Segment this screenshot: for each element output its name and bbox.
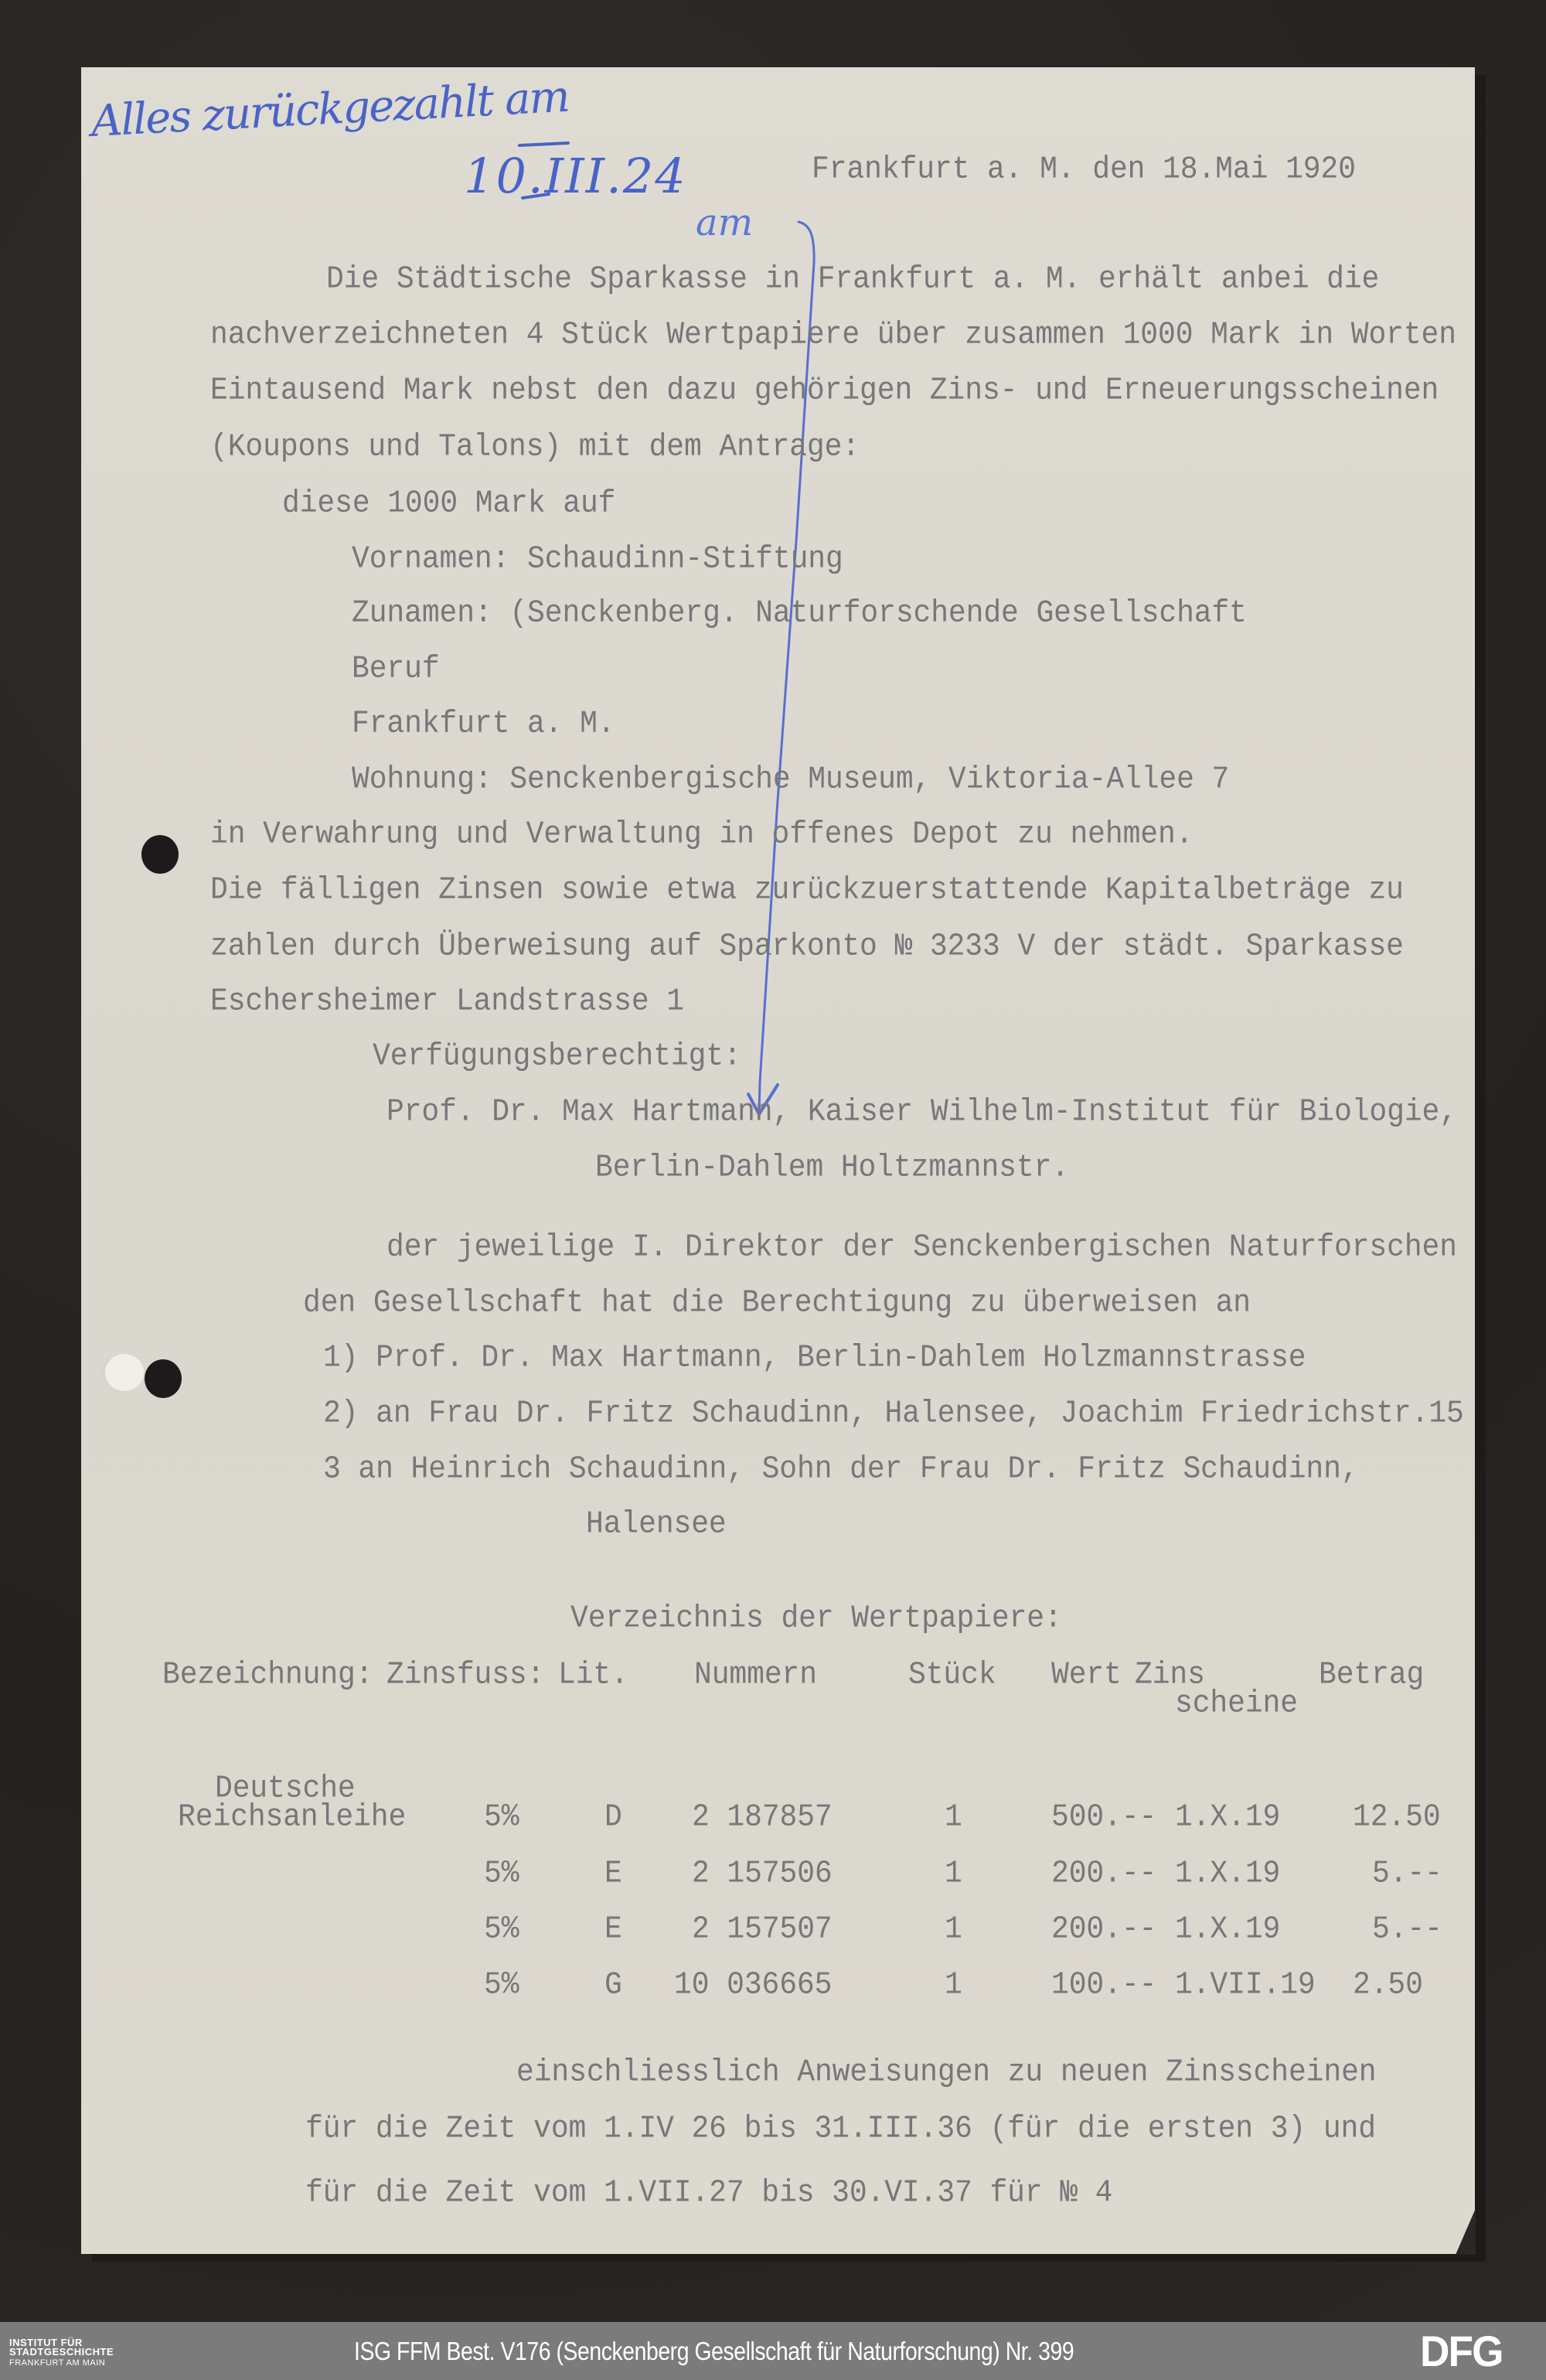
cell-zinsscheine: 1.VII.19 bbox=[1175, 1967, 1316, 2004]
header-nummern: Nummern bbox=[694, 1657, 817, 1694]
beneficiary-2: 2) an Frau Dr. Fritz Schaudinn, Halensee… bbox=[323, 1396, 1464, 1433]
cell-zinsfuss: 5% bbox=[484, 1856, 519, 1893]
director-line-2: den Gesellschaft hat die Berechtigung zu… bbox=[303, 1285, 1251, 1322]
interest-line-3: Eschersheimer Landstrasse 1 bbox=[210, 984, 684, 1021]
hole-reinforcement-ring bbox=[105, 1354, 144, 1391]
depot-line: in Verwahrung und Verwaltung in offenes … bbox=[210, 817, 1193, 854]
cell-lit: E bbox=[604, 1856, 622, 1893]
dfg-logo-icon: DFG bbox=[1420, 2330, 1503, 2373]
handwritten-note-am: am bbox=[696, 199, 753, 246]
account-ort: Frankfurt a. M. bbox=[352, 706, 615, 743]
institute-logo: INSTITUT FÜR STADTGESCHICHTE FRANKFURT A… bbox=[9, 2338, 114, 2368]
interest-line-1: Die fälligen Zinsen sowie etwa zurückzue… bbox=[210, 872, 1404, 909]
intro-line-2: nachverzeichneten 4 Stück Wertpapiere üb… bbox=[210, 317, 1456, 354]
cell-stueck: 1 bbox=[945, 1799, 962, 1836]
account-wohnung: Wohnung: Senckenbergische Museum, Viktor… bbox=[352, 762, 1229, 799]
header-bezeichnung: Bezeichnung: bbox=[162, 1657, 373, 1694]
authorized-person: Prof. Dr. Max Hartmann, Kaiser Wilhelm-I… bbox=[386, 1094, 1457, 1131]
cell-betrag: 5.-- bbox=[1372, 1911, 1442, 1949]
cell-wert: 200.-- bbox=[1051, 1856, 1156, 1893]
header-wert: Wert bbox=[1051, 1657, 1122, 1694]
cell-nummern: 10 036665 bbox=[674, 1967, 832, 2004]
account-beruf: Beruf bbox=[352, 651, 440, 688]
intro-line-3: Eintausend Mark nebst den dazu gehörigen… bbox=[210, 373, 1439, 410]
archive-caption: ISG FFM Best. V176 (Senckenberg Gesellsc… bbox=[354, 2337, 1074, 2365]
cell-zinsscheine: 1.X.19 bbox=[1175, 1856, 1280, 1893]
cell-stueck: 1 bbox=[945, 1967, 962, 2004]
beneficiary-3: 3 an Heinrich Schaudinn, Sohn der Frau D… bbox=[323, 1451, 1359, 1488]
cell-lit: E bbox=[604, 1911, 622, 1949]
institute-line-2: STADTGESCHICHTE bbox=[9, 2348, 114, 2357]
cell-zinsscheine: 1.X.19 bbox=[1175, 1799, 1280, 1836]
cell-nummern: 2 157506 bbox=[692, 1856, 833, 1893]
cell-betrag: 5.-- bbox=[1372, 1856, 1442, 1893]
institute-line-3: FRANKFURT AM MAIN bbox=[9, 2358, 114, 2368]
securities-title: Verzeichnis der Wertpapiere: bbox=[570, 1601, 1062, 1638]
intro-line-4: (Koupons und Talons) mit dem Antrage: bbox=[210, 429, 860, 466]
cell-zinsfuss: 5% bbox=[484, 1799, 519, 1836]
header-zinsfuss: Zinsfuss: bbox=[386, 1657, 544, 1694]
cell-stueck: 1 bbox=[945, 1911, 962, 1949]
cell-wert: 200.-- bbox=[1051, 1911, 1156, 1949]
cell-lit: G bbox=[604, 1967, 622, 2004]
closing-line-2: für die Zeit vom 1.IV 26 bis 31.III.36 (… bbox=[305, 2111, 1376, 2148]
cell-zinsfuss: 5% bbox=[484, 1911, 519, 1949]
cell-zinsscheine: 1.X.19 bbox=[1175, 1911, 1280, 1949]
cell-wert: 500.-- bbox=[1051, 1799, 1156, 1836]
header-stueck: Stück bbox=[908, 1657, 996, 1694]
closing-line-1: einschliesslich Anweisungen zu neuen Zin… bbox=[516, 2054, 1376, 2092]
cell-lit: D bbox=[604, 1799, 622, 1836]
cell-zinsfuss: 5% bbox=[484, 1967, 519, 2004]
cell-nummern: 2 157507 bbox=[692, 1911, 833, 1949]
cell-stueck: 1 bbox=[945, 1856, 962, 1893]
closing-line-3: für die Zeit vom 1.VII.27 bis 30.VI.37 f… bbox=[305, 2175, 1112, 2212]
director-line-1: der jeweilige I. Direktor der Senckenber… bbox=[386, 1229, 1457, 1267]
handwritten-note-date: 10.III.24 bbox=[464, 153, 687, 199]
beneficiary-1: 1) Prof. Dr. Max Hartmann, Berlin-Dahlem… bbox=[323, 1340, 1306, 1377]
designation-line-2: Reichsanleihe bbox=[178, 1799, 406, 1836]
punch-hole-top bbox=[141, 835, 179, 874]
request-line: diese 1000 Mark auf bbox=[282, 486, 615, 523]
cell-betrag: 12.50 bbox=[1353, 1799, 1441, 1836]
authorized-label: Verfügungsberechtigt: bbox=[373, 1038, 741, 1076]
header-lit: Lit. bbox=[558, 1657, 628, 1694]
account-vornamen: Vornamen: Schaudinn-Stiftung bbox=[352, 541, 843, 578]
cell-betrag: 2.50 bbox=[1353, 1967, 1423, 2004]
paper-folded-corner bbox=[1456, 2208, 1476, 2255]
cell-wert: 100.-- bbox=[1051, 1967, 1156, 2004]
punch-hole-bottom bbox=[145, 1359, 182, 1398]
beneficiary-3-city: Halensee bbox=[586, 1506, 727, 1543]
interest-line-2: zahlen durch Überweisung auf Sparkonto №… bbox=[210, 929, 1404, 966]
header-scheine: scheine bbox=[1175, 1686, 1298, 1723]
intro-line-1: Die Städtische Sparkasse in Frankfurt a.… bbox=[326, 261, 1379, 298]
account-zunamen: Zunamen: (Senckenberg. Naturforschende G… bbox=[352, 595, 1247, 633]
place-date: Frankfurt a. M. den 18.Mai 1920 bbox=[812, 152, 1356, 189]
archive-footer: INSTITUT FÜR STADTGESCHICHTE FRANKFURT A… bbox=[0, 2322, 1546, 2380]
authorized-address: Berlin-Dahlem Holtzmannstr. bbox=[595, 1150, 1069, 1187]
header-betrag: Betrag bbox=[1319, 1657, 1424, 1694]
cell-nummern: 2 187857 bbox=[692, 1799, 833, 1836]
